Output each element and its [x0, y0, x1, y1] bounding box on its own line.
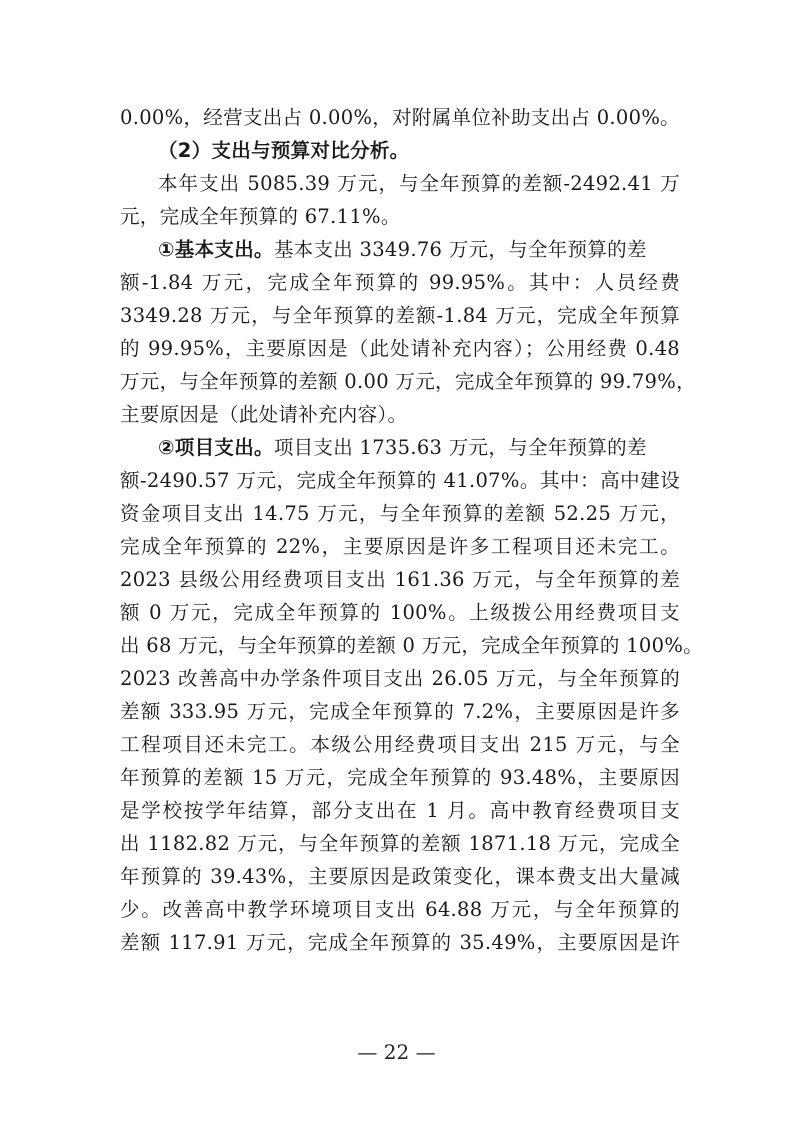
text-line: 主要原因是（此处请补充内容）。 — [120, 399, 680, 431]
text-line: 年预算的差额 15 万元，完成全年预算的 93.48%，主要原因 — [120, 762, 680, 794]
text-line: 3349.28 万元，与全年预算的差额-1.84 万元，完成全年预算 — [120, 300, 680, 332]
text-line: 0.00%，经营支出占 0.00%，对附属单位补助支出占 0.00%。 — [120, 102, 680, 134]
text-line: 万元，与全年预算的差额 0.00 万元，完成全年预算的 99.79%， — [120, 366, 680, 398]
text-span: 基本支出 3349.76 万元，与全年预算的差 — [274, 238, 647, 261]
text-line: 工程项目还未完工。本级公用经费项目支出 215 万元，与全 — [120, 729, 680, 761]
text-line: 年预算的 39.43%，主要原因是政策变化，课本费支出大量减 — [120, 861, 680, 893]
document-page: 0.00%，经营支出占 0.00%，对附属单位补助支出占 0.00%。 （2）支… — [0, 0, 793, 1122]
text-line: 2023 改善高中办学条件项目支出 26.05 万元，与全年预算的 — [120, 663, 680, 695]
text-line: 差额 117.91 万元，完成全年预算的 35.49%，主要原因是许 — [120, 927, 680, 959]
paragraph-basic-expenditure: ①基本支出。基本支出 3349.76 万元，与全年预算的差 — [158, 234, 680, 266]
text-line: 额-2490.57 万元，完成全年预算的 41.07%。其中：高中建设 — [120, 465, 680, 497]
text-line: 元，完成全年预算的 67.11%。 — [120, 201, 680, 233]
text-line: 额 0 万元，完成全年预算的 100%。上级拨公用经费项目支 — [120, 597, 680, 629]
page-number: — 22 — — [0, 1040, 793, 1064]
text-line: 是学校按学年结算，部分支出在 1 月。高中教育经费项目支 — [120, 795, 680, 827]
subheading-project-expenditure: ②项目支出。 — [158, 436, 274, 459]
text-line: 少。改善高中教学环境项目支出 64.88 万元，与全年预算的 — [120, 894, 680, 926]
section-heading: （2）支出与预算对比分析。 — [158, 135, 680, 167]
text-line: 资金项目支出 14.75 万元，与全年预算的差额 52.25 万元， — [120, 498, 680, 530]
text-line: 差额 333.95 万元，完成全年预算的 7.2%，主要原因是许多 — [120, 696, 680, 728]
text-line: 本年支出 5085.39 万元，与全年预算的差额-2492.41 万 — [158, 168, 680, 200]
subheading-basic-expenditure: ①基本支出。 — [158, 238, 274, 261]
text-line: 出 68 万元，与全年预算的差额 0 万元，完成全年预算的 100%。 — [120, 630, 680, 662]
text-span: 项目支出 1735.63 万元，与全年预算的差 — [274, 436, 647, 459]
text-line: 出 1182.82 万元，与全年预算的差额 1871.18 万元，完成全 — [120, 828, 680, 860]
text-line: 2023 县级公用经费项目支出 161.36 万元，与全年预算的差 — [120, 564, 680, 596]
text-line: 完成全年预算的 22%，主要原因是许多工程项目还未完工。 — [120, 531, 680, 563]
paragraph-project-expenditure: ②项目支出。项目支出 1735.63 万元，与全年预算的差 — [158, 432, 680, 464]
text-line: 额-1.84 万元，完成全年预算的 99.95%。其中：人员经费 — [120, 267, 680, 299]
text-line: 的 99.95%，主要原因是（此处请补充内容）；公用经费 0.48 — [120, 333, 680, 365]
